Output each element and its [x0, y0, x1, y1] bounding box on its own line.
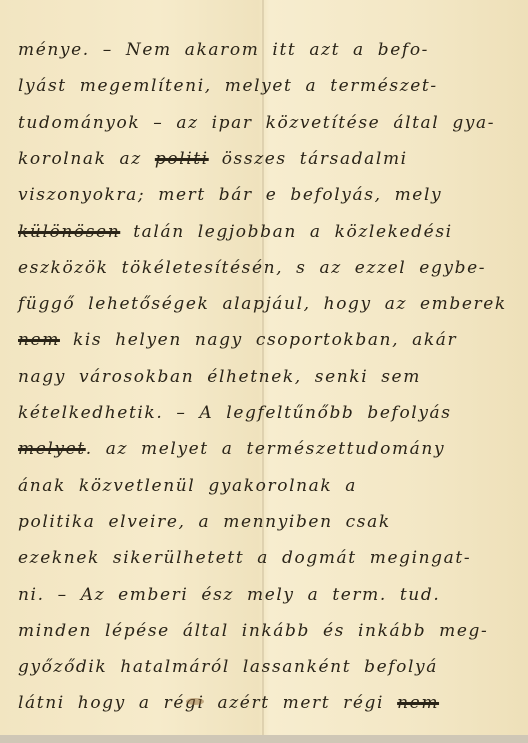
text-line-19: látni hogy a régi azért mert régi nem: [18, 693, 520, 713]
line-text: ménye. – Nem akarom itt azt a befo-: [18, 40, 429, 60]
text-line-9: nem kis helyen nagy csoportokban, akár: [18, 330, 520, 350]
text-line-13: ának közvetlenül gyakorolnak a: [18, 476, 520, 496]
ink-stain: [186, 698, 204, 705]
line-text: talán legjobban a közlekedési: [120, 222, 452, 242]
line-text: tudományok – az ipar közvetítése által g…: [18, 113, 495, 133]
text-line-4: korolnak az politi összes társadalmi: [18, 149, 520, 169]
text-line-12: melyet. az melyet a természettudomány: [18, 439, 520, 459]
struck-word: különösen: [18, 222, 120, 242]
text-line-1: ménye. – Nem akarom itt azt a befo-: [18, 40, 520, 60]
text-line-3: tudományok – az ipar közvetítése által g…: [18, 113, 520, 133]
line-text: korolnak az: [18, 149, 142, 169]
line-text: kis helyen nagy csoportokban, akár: [60, 330, 457, 350]
text-line-8: függő lehetőségek alapjául, hogy az embe…: [18, 294, 520, 314]
manuscript-page: ménye. – Nem akarom itt azt a befo- lyás…: [0, 0, 528, 735]
line-text: nagy városokban élhetnek, senki sem: [18, 367, 421, 387]
text-line-16: ni. – Az emberi ész mely a term. tud.: [18, 585, 520, 605]
text-line-14: politika elveire, a mennyiben csak: [18, 512, 520, 532]
text-line-6: különösen talán legjobban a közlekedési: [18, 222, 520, 242]
line-text: . az melyet a természettudomány: [86, 439, 445, 459]
line-text: ni. – Az emberi ész mely a term. tud.: [18, 585, 440, 605]
line-text: összes társadalmi: [209, 149, 408, 169]
text-line-17: minden lépése által inkább és inkább meg…: [18, 621, 520, 641]
text-line-2: lyást megemlíteni, melyet a természet-: [18, 76, 520, 96]
text-line-5: viszonyokra; mert bár e befolyás, mely: [18, 185, 520, 205]
text-line-7: eszközök tökéletesítésén, s az ezzel egy…: [18, 258, 520, 278]
struck-word: nem: [18, 330, 60, 350]
struck-word: melyet: [18, 439, 86, 459]
text-line-10: nagy városokban élhetnek, senki sem: [18, 367, 520, 387]
text-line-18: győződik hatalmáról lassanként befolyá: [18, 657, 520, 677]
line-text: függő lehetőségek alapjául, hogy az embe…: [18, 294, 507, 314]
line-text: lyást megemlíteni, melyet a természet-: [18, 76, 438, 96]
page-bottom-edge: [0, 735, 528, 743]
struck-word: nem: [397, 693, 439, 713]
line-text: kételkedhetik. – A legfeltűnőbb befolyás: [18, 403, 452, 423]
line-text: viszonyokra; mert bár e befolyás, mely: [18, 185, 442, 205]
struck-word: politi: [155, 149, 209, 169]
line-text: ezeknek sikerülhetett a dogmát megingat-: [18, 548, 471, 568]
line-text: győződik hatalmáról lassanként befolyá: [18, 657, 438, 677]
text-line-15: ezeknek sikerülhetett a dogmát megingat-: [18, 548, 520, 568]
line-text: minden lépése által inkább és inkább meg…: [18, 621, 488, 641]
line-text: ának közvetlenül gyakorolnak a: [18, 476, 357, 496]
text-line-11: kételkedhetik. – A legfeltűnőbb befolyás: [18, 403, 520, 423]
line-text: eszközök tökéletesítésén, s az ezzel egy…: [18, 258, 486, 278]
line-text: politika elveire, a mennyiben csak: [18, 512, 391, 532]
